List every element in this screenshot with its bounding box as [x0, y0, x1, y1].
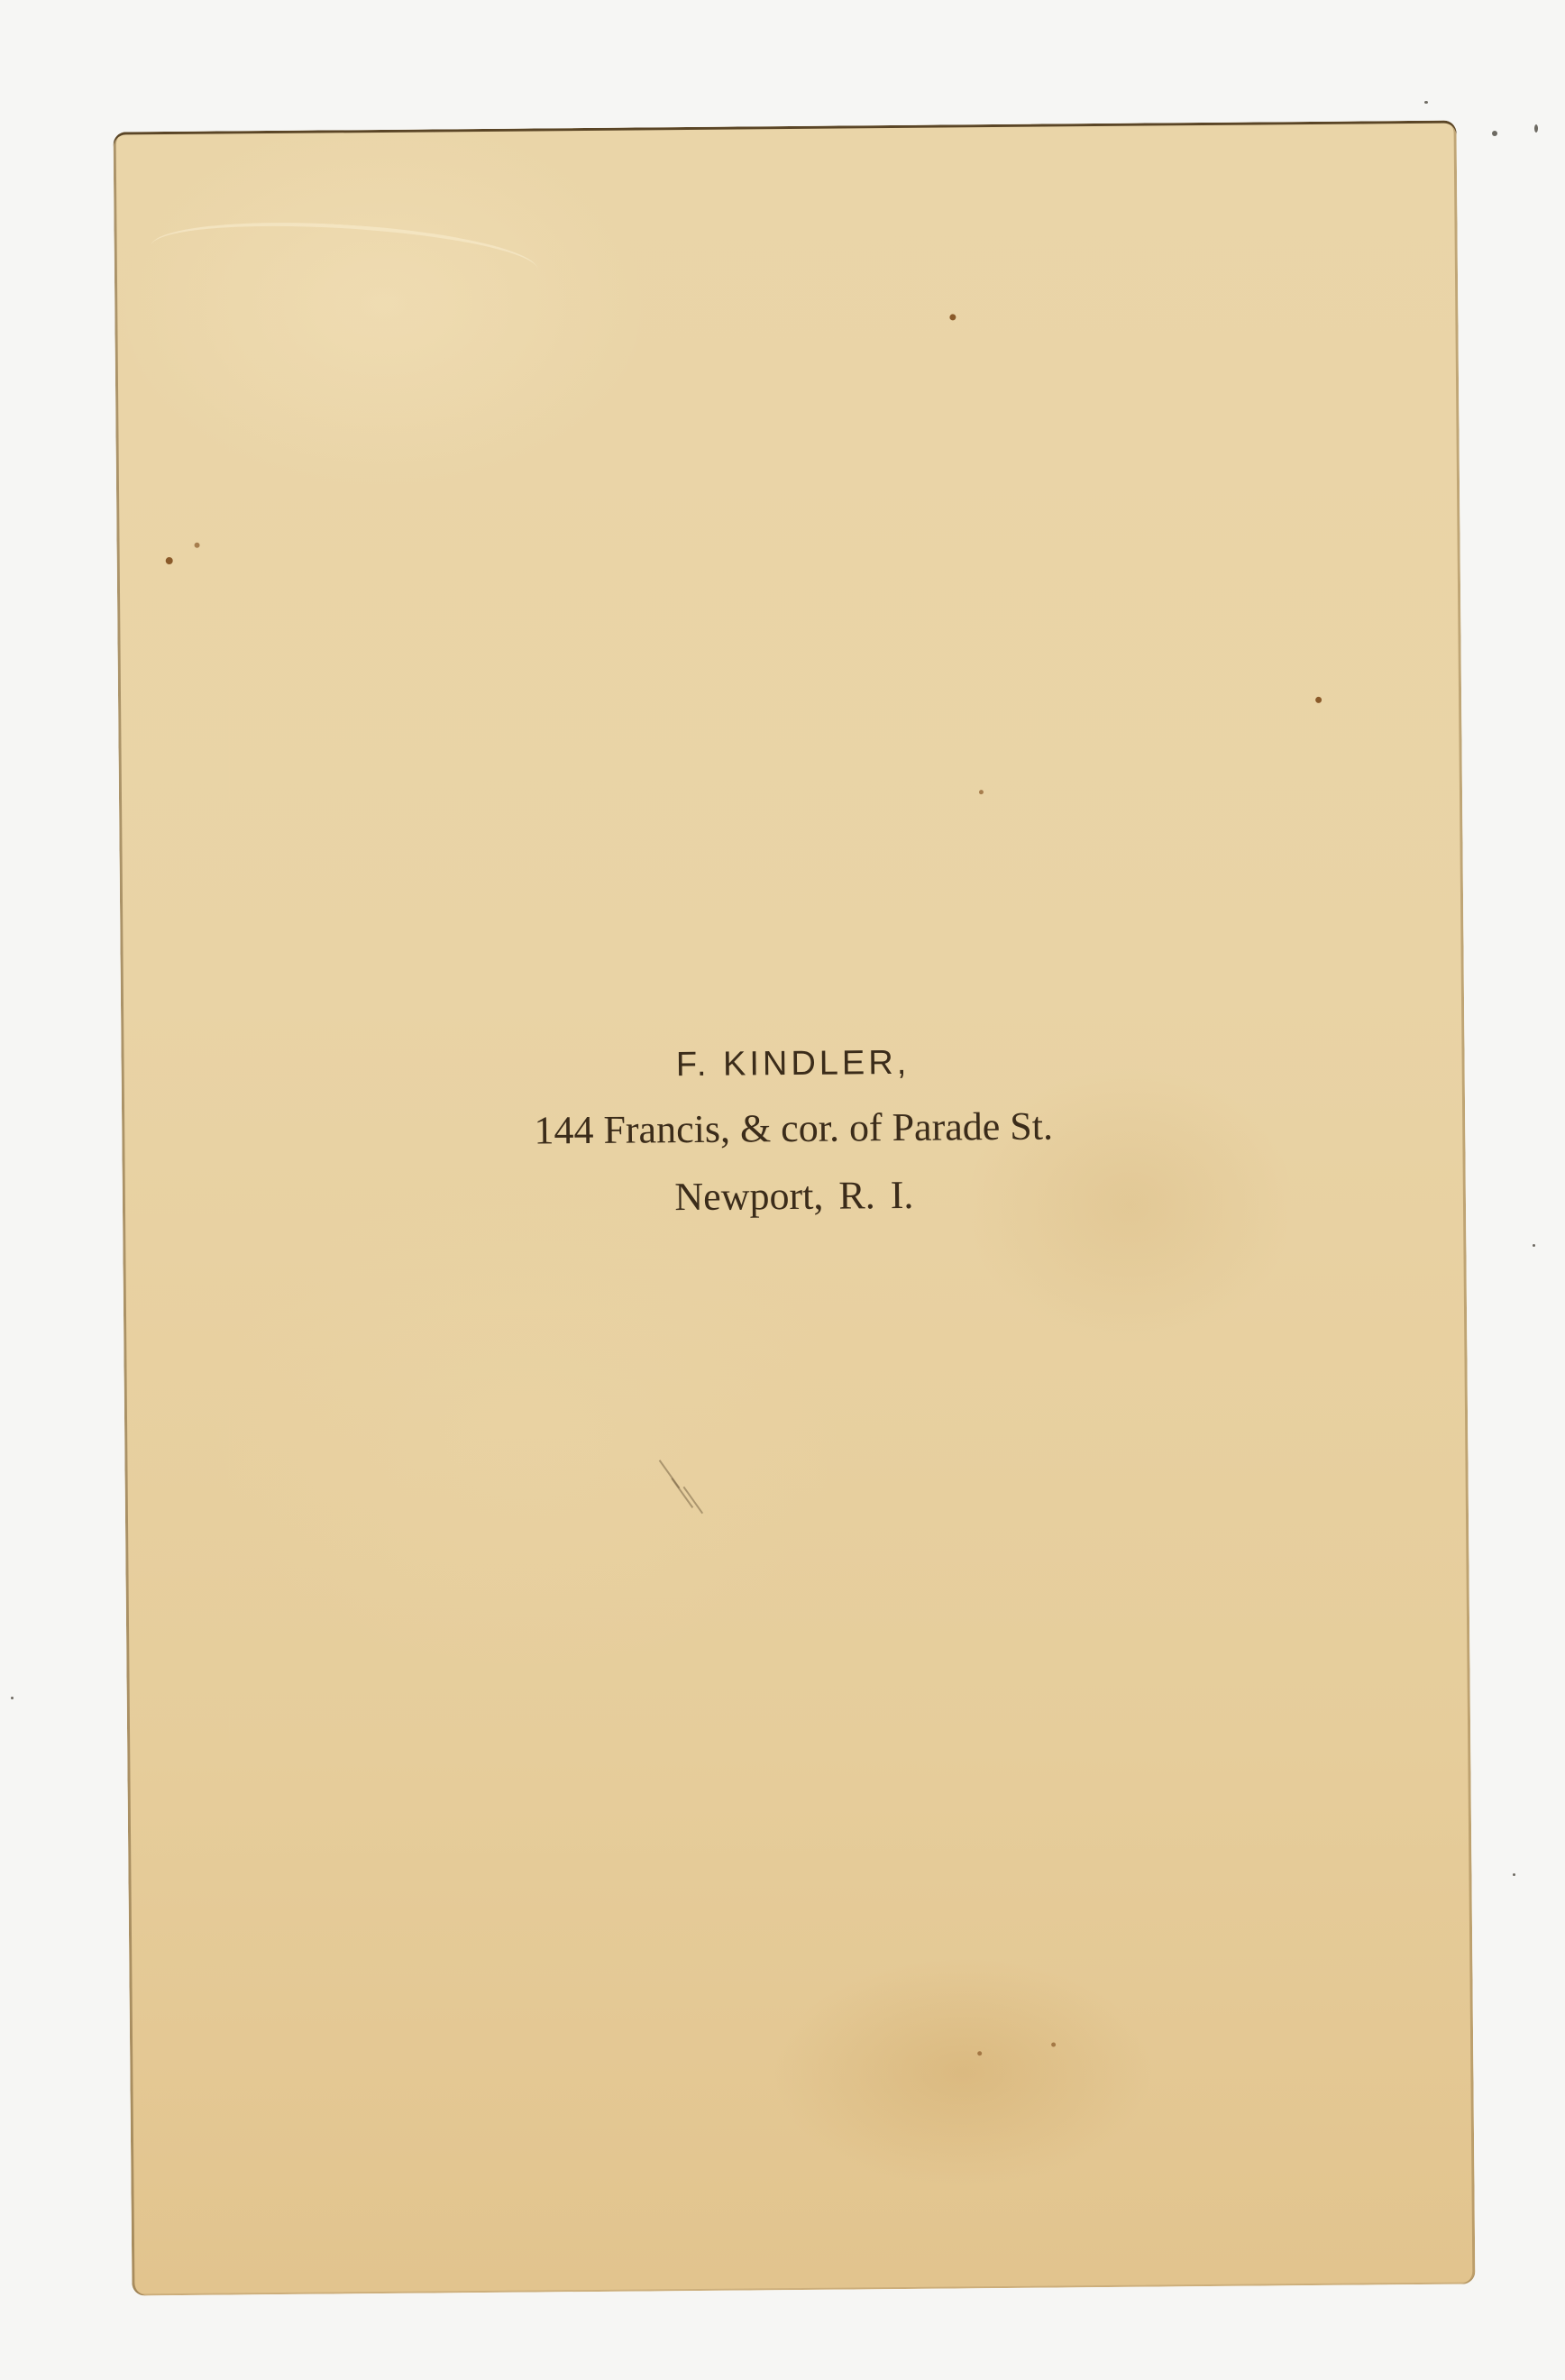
foxing-spot: [949, 314, 956, 320]
pencil-mark: [652, 1457, 707, 1530]
dust-speck: [1513, 1873, 1515, 1876]
foxing-spot: [1051, 2043, 1056, 2047]
studio-name: F. KINDLER,: [121, 1041, 1464, 1087]
studio-address: 144 Francis, & cor. of Parade St.: [122, 1103, 1465, 1155]
dust-speck: [1534, 124, 1538, 133]
card-crease: [149, 213, 540, 303]
foxing-spot: [195, 543, 200, 548]
photo-card-back: F. KINDLER, 144 Francis, & cor. of Parad…: [114, 121, 1476, 2296]
dust-speck: [11, 1697, 14, 1699]
foxing-spot: [979, 790, 984, 794]
foxing-spot: [977, 2051, 982, 2055]
foxing-spot: [166, 557, 173, 564]
dust-speck: [1533, 1244, 1535, 1247]
studio-city: Newport, R. I.: [123, 1171, 1466, 1222]
dust-speck: [1492, 131, 1497, 136]
foxing-spot: [1315, 697, 1322, 703]
dust-speck: [1424, 101, 1428, 104]
